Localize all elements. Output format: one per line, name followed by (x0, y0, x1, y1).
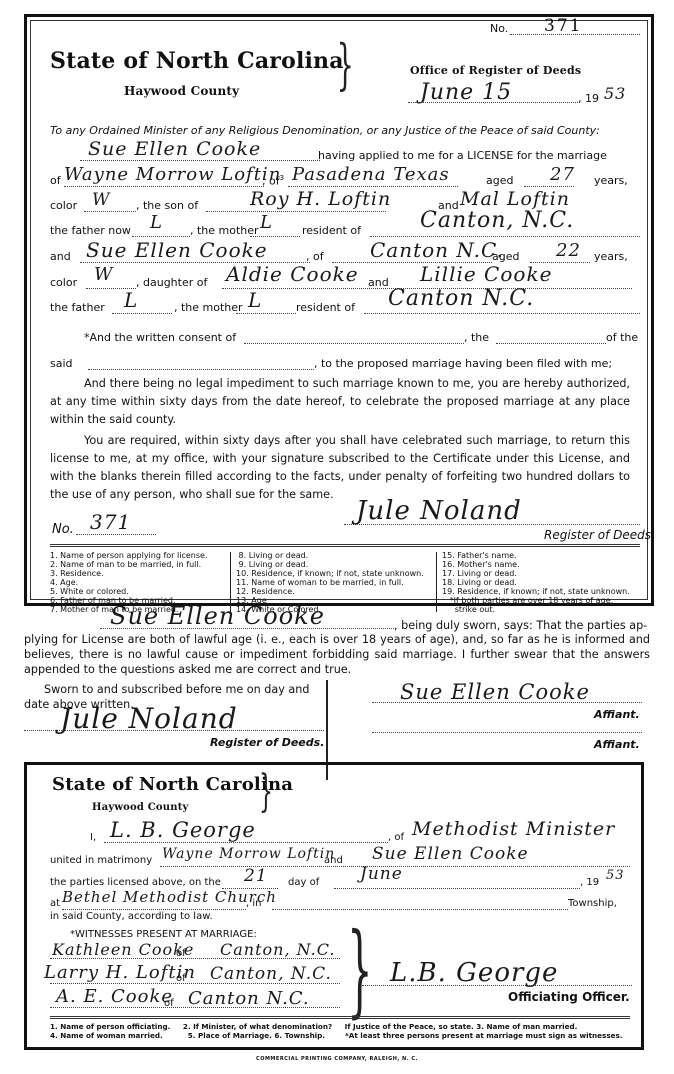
groom-residence: Pasadena Texas (292, 164, 450, 185)
consent-the: , the (464, 331, 489, 344)
affiant-label-1: Affiant. (594, 708, 640, 721)
certificate-legend-2: 4. Name of woman married. 5. Place of Ma… (50, 1031, 623, 1040)
salutation: To any Ordained Minister of any Religiou… (50, 124, 600, 137)
bride-mother-status: L (248, 288, 262, 312)
affiant-name: Sue Ellen Cooke (110, 602, 325, 630)
office-label: Office of Register of Deeds (410, 64, 581, 77)
groom-father: Roy H. Loftin (250, 188, 391, 210)
parties-label: the parties licensed above, on the (50, 877, 221, 888)
witness-3-name: A. E. Cooke (56, 986, 173, 1007)
footer-number: 371 (90, 510, 131, 534)
certificate-title: State of North Carolina (52, 774, 293, 795)
marriage-month: June (360, 864, 403, 884)
brace-icon: } (347, 920, 372, 1020)
man-and-label: and (324, 855, 343, 866)
license-year: 53 (604, 84, 626, 103)
groom-parents-residence: Canton, N.C. (420, 208, 574, 233)
son-of-label: , the son of (136, 199, 198, 212)
affidavit-register-label: Register of Deeds. (210, 736, 324, 749)
witnesses-heading: *WITNESSES PRESENT AT MARRIAGE: (70, 929, 257, 940)
groom-mother: Mal Loftin (460, 188, 570, 210)
required-paragraph: You are required, within sixty days afte… (50, 432, 630, 504)
mother-label: , the mother (190, 224, 259, 237)
bride-name: Sue Ellen Cooke (86, 238, 268, 262)
officer-label: Officiating Officer. (508, 990, 630, 1004)
marriage-place: Bethel Methodist Church (62, 888, 277, 906)
register-label: Register of Deeds. (544, 528, 655, 542)
affiant-label-2: Affiant. (594, 738, 640, 751)
resident-label: resident of (302, 224, 361, 237)
bride-father: Aldie Cooke (226, 262, 359, 286)
legend-col3: 15. Father's name. 16. Mother's name. 17… (442, 551, 630, 614)
license-number-label: No. (490, 22, 508, 35)
in-label: , in (246, 898, 261, 909)
officiant-name: L. B. George (110, 818, 256, 842)
witness-3-residence: Canton N.C. (188, 988, 310, 1009)
marriage-day: 21 (244, 866, 268, 886)
bride-and-label: and (50, 250, 71, 263)
affiant-signature-1: Sue Ellen Cooke (400, 680, 590, 704)
license-title: State of North Carolina (50, 48, 344, 74)
witness-2-name: Larry H. Loftin (44, 962, 196, 983)
witness-3-of: of (164, 998, 174, 1009)
bride-residence: Canton N.C. (370, 238, 504, 262)
daughter-of-label: , daughter of (136, 276, 207, 289)
license-date: June 15 (420, 80, 512, 105)
groom-color-label: color (50, 199, 77, 212)
authorize-paragraph: And there being no legal impediment to s… (50, 375, 630, 429)
license-county: Haywood County (124, 84, 239, 98)
groom-mother-status: L (260, 212, 273, 233)
groom-of-label: of (50, 174, 61, 187)
certificate-legend-1: 1. Name of person officiating. 2. If Min… (50, 1022, 577, 1031)
certificate-county: Haywood County (92, 802, 189, 813)
register-signature: Jule Noland (356, 496, 522, 526)
bride-color-label: color (50, 276, 77, 289)
officer-signature: L.B. George (390, 958, 558, 988)
bride-father-status: L (124, 288, 138, 312)
affidavit-register-signature: Jule Noland (60, 702, 238, 735)
denomination: Methodist Minister (412, 818, 615, 840)
witness-1-of: of (176, 948, 186, 959)
bride-and2-label: and (368, 276, 389, 289)
aged-label: aged (486, 174, 513, 187)
bride-mother-label: , the mother (174, 301, 243, 314)
bride-years-label: years, (594, 250, 628, 263)
township-label: Township, (568, 898, 617, 909)
according-label: in said County, according to law. (50, 911, 213, 922)
consent-text: *And the written consent of (84, 331, 236, 344)
year-prefix: , 19 (580, 877, 599, 888)
bride-mother: Lillie Cooke (420, 262, 552, 286)
bride-father-label: the father (50, 301, 105, 314)
witness-1-residence: Canton, N.C. (220, 940, 335, 959)
consent-filed: , to the proposed marriage having been f… (314, 357, 612, 370)
bride-age: 22 (556, 240, 581, 261)
bride-resident-label: resident of (296, 301, 355, 314)
groom-age: 27 (550, 164, 575, 185)
license-year-prefix: , 19 (578, 92, 599, 105)
i-label: I, (90, 832, 96, 843)
printer-credit: COMMERCIAL PRINTING COMPANY, RALEIGH, N.… (0, 1056, 674, 1062)
sworn-text-first: , being duly sworn, says: That the parti… (394, 619, 647, 632)
footer-number-label: No. (52, 522, 74, 537)
sworn-text-rest: plying for License are both of lawful ag… (24, 632, 650, 677)
day-of-label: day of (288, 877, 319, 888)
man-name: Wayne Morrow Loftin (162, 846, 335, 862)
united-label: united in matrimony (50, 855, 152, 866)
woman-name: Sue Ellen Cooke (372, 844, 529, 864)
groom-color: W (92, 190, 110, 210)
witness-2-of: of (176, 973, 186, 984)
applicant-name: Sue Ellen Cooke (88, 138, 261, 160)
brace-icon: } (259, 770, 273, 814)
witness-1-name: Kathleen Cooke (52, 940, 194, 959)
marriage-year: 53 (606, 868, 625, 883)
bride-color: W (94, 264, 114, 285)
father-now-label: the father now (50, 224, 131, 237)
groom-father-status: L (150, 212, 163, 233)
consent-of-the: of the (606, 331, 638, 344)
license-number: 371 (544, 16, 582, 36)
said-label: said (50, 357, 73, 370)
applied-text: having applied to me for a LICENSE for t… (318, 149, 607, 162)
years-label: years, (594, 174, 628, 187)
officiant-of-label: , of (388, 832, 404, 843)
bride-parents-residence: Canton N.C. (388, 286, 534, 311)
brace-icon: } (337, 38, 354, 92)
at-label: at (50, 898, 60, 909)
groom-residence-label: , of3 (262, 174, 284, 188)
groom-name: Wayne Morrow Loftin (64, 164, 281, 185)
witness-2-residence: Canton, N.C. (210, 964, 332, 984)
